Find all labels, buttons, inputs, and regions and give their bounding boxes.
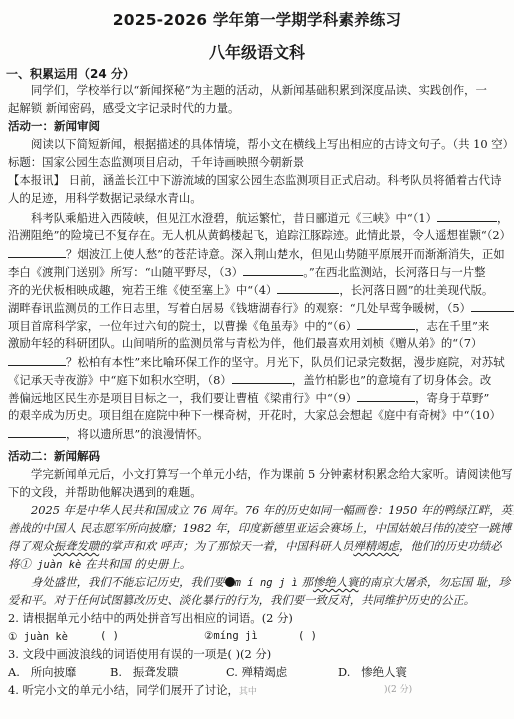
exam-title: 2025-2026 学年第一学期学科素养练习 xyxy=(0,8,514,30)
passage-text: 沿溯阻绝”的险境已不复存在。无人机从黄鹤楼起飞，追踪江豚踪迹。此情此景，令人遥想… xyxy=(8,228,511,242)
question-4-text: 4. 听完小文的单元小结，同学们展开了讨论， xyxy=(8,683,239,697)
passage-text: 善偏远地区民生亦是项目目标之一，我们要让曹植《梁甫行》中“（9） xyxy=(8,391,357,405)
summary-text: 的南京大屠杀，勿忘国 耻，珍 xyxy=(358,575,510,589)
question-4-faded-text: 其中 xyxy=(239,687,257,697)
question-3: 3. 文段中画波浪线的词语使用有误的一项是( )(2 分) xyxy=(8,647,508,661)
activity2-heading: 活动二：新闻解码 xyxy=(8,449,508,463)
passage-text: ，将以遗所思”的浪漫情怀。 xyxy=(66,427,209,441)
question-2: 2. 请根据单元小结中的两处拼音写出相应的词语。(2 分) xyxy=(8,611,508,625)
passage-text: ，寄身于草野” xyxy=(415,391,489,405)
passage-line: 齐的光伏板相映成趣，宛若王维《使至塞上》中“（4），长河落日圆”的壮美现代版。 xyxy=(8,282,508,297)
passage-text: ，长河落日圆”的壮美现代版。 xyxy=(339,283,493,297)
passage-text: ？烟波江上使人愁”的苍茫诗意。深入荆山楚水，但见山势随平原展开而渐渐消失，正如 xyxy=(66,247,505,261)
section-heading: 一、积累运用（24 分） xyxy=(6,67,506,81)
q2-a-answer-field[interactable]: ( ) xyxy=(100,629,119,643)
option-key: C. xyxy=(226,665,238,679)
passage-line: ？烟波江上使人愁”的苍茫诗意。深入荆山楚水，但见山势随平原展开而渐渐消失，正如 xyxy=(8,246,508,261)
circle-marker-2-icon xyxy=(225,577,235,587)
intro-line-2: 起解锁 新闻密码，感受文字记录时代的力量。 xyxy=(8,101,508,115)
q2-a-label: ① juàn kè xyxy=(8,631,68,643)
passage-text: ，盖竹柏影也”的意境有了切身体会。改 xyxy=(292,373,491,387)
activity1-instruction: 阅读以下简短新闻，根据描述的具体情境，帮小文在横线上写出相应的古诗文句子。（共 … xyxy=(31,137,514,151)
passage-line: 沿溯阻绝”的险境已不复存在。无人机从黄鹤楼起飞，追踪江豚踪迹。此情此景，令人遥想… xyxy=(8,228,508,242)
passage-line: 项目首席科学家，一位年过六旬的院士，以曹操《龟虽寿》中的“（6），志在千里”来 xyxy=(8,318,508,333)
blank-7[interactable] xyxy=(8,354,66,366)
activity2-intro-2: 下的文段，并帮助他解决遇到的难题。 xyxy=(8,485,508,499)
blank-2[interactable] xyxy=(8,246,66,258)
passage-line: 《记承天寺夜游》中“庭下如积水空明，（8），盖竹柏影也”的意境有了切身体会。改 xyxy=(8,372,508,387)
summary-line: 2025 年是中华人民共和国成立 76 周年。76 年的历史如同一幅画卷：195… xyxy=(31,503,514,517)
summary-text: 将① xyxy=(8,557,31,571)
news-title: 标题：国家公园生态监测项目启动，千年诗画映照今朝新景 xyxy=(8,155,508,169)
passage-text: ， xyxy=(497,211,508,225)
blank-8[interactable] xyxy=(232,372,292,384)
summary-line: 将① juàn kè 在共和国 的史册上。 xyxy=(8,557,508,572)
passage-text: 激励年轻的科研团队。山间哨所的监测员常与青松为伴，他们最喜欢用刘桢《赠从弟》的“… xyxy=(8,336,482,350)
intro-line-1: 同学们，学校举行以“新闻探秘”为主题的活动，从新闻基础积累到深度品读、实践创作，… xyxy=(31,83,514,97)
passage-text: 李白《渡荆门送别》所写：“山随平野尽，（3） xyxy=(8,265,243,279)
option-a[interactable]: A. 所向披靡 xyxy=(8,665,76,679)
news-lead-2: 人的足迹，用科学数据记录绿水青山。 xyxy=(8,191,508,205)
blank-10[interactable] xyxy=(8,426,66,438)
activity2-intro-1: 学完新闻单元后，小文打算写一个单元小结，作为课前 5 分钟素材积累念给大家听。请… xyxy=(31,467,514,481)
blank-6[interactable] xyxy=(357,318,415,330)
blank-5[interactable] xyxy=(471,300,514,312)
summary-line: 善战的中国人 民志愿军所向披靡；1982 年，印度新德里亚运会赛场上，中国姑娘吕… xyxy=(8,521,508,535)
exam-subtitle: 八年级语文科 xyxy=(0,40,514,63)
summary-text: 得了观众 xyxy=(8,539,54,553)
passage-line: 湖畔春讯监测员的工作日志里，写着白居易《钱塘湖春行》的观察：“几处早莺争暖树，（… xyxy=(8,300,508,315)
option-text: 殚精竭虑 xyxy=(242,665,288,679)
pinyin-juanke: juàn kè xyxy=(31,559,82,571)
passage-text: 项目首席科学家，一位年过六旬的院士，以曹操《龟虽寿》中的“（6） xyxy=(8,319,357,333)
summary-line: 爱和平。对于任何试图篡改历史、淡化暴行的行为，我们要一致反对，共同维护历史的公正… xyxy=(8,593,508,607)
question-4: 4. 听完小文的单元小结，同学们展开了讨论，其中 )(2 分) xyxy=(8,683,508,699)
news-lead-1: 【本报讯】 日前，涵盖长江中下游流域的国家公园生态监测项目正式启动。科考队员将循… xyxy=(8,173,508,187)
summary-text: 的掌声和欢 呼声；为了那惊天一着，中国科研人员 xyxy=(99,539,353,553)
option-key: B. xyxy=(110,665,122,679)
passage-line: 激励年轻的科研团队。山间哨所的监测员常与青松为伴，他们最喜欢用刘桢《赠从弟》的“… xyxy=(8,336,508,350)
option-key: A. xyxy=(8,665,20,679)
summary-text: 在共和国 的史册上。 xyxy=(85,557,191,571)
blank-4[interactable] xyxy=(277,282,339,294)
passage-text: 《记承天寺夜游》中“庭下如积水空明，（8） xyxy=(8,373,232,387)
option-d[interactable]: D. 惨绝人寰 xyxy=(338,665,407,679)
summary-text: 身处盛世，我们不能忘记历史，我们要 xyxy=(31,575,225,589)
option-text: 所向披靡 xyxy=(31,665,77,679)
passage-text: ？松柏有本性”来比喻环保工作的坚守。月光下，队员们记录完数据，漫步庭院，对苏轼 xyxy=(66,355,505,369)
passage-line: 善偏远地区民生亦是项目目标之一，我们要让曹植《梁甫行》中“（9），寄身于草野” xyxy=(8,390,508,405)
wavy-word-danjingjielv: 殚精竭虑 xyxy=(353,539,399,553)
passage-text: 齐的光伏板相映成趣，宛若王维《使至塞上》中“（4） xyxy=(8,283,277,297)
option-b[interactable]: B. 振聋发聩 xyxy=(110,665,178,679)
wavy-word-zhenlongfakui: 振聋发聩 xyxy=(54,539,100,553)
option-c[interactable]: C. 殚精竭虑 xyxy=(226,665,287,679)
exam-page: 2025-2026 学年第一学期学科素养练习 八年级语文科 一、积累运用（24 … xyxy=(0,0,514,719)
summary-text: 那 xyxy=(302,575,313,589)
passage-line: 李白《渡荆门送别》所写：“山随平野尽，（3）。”在西北监测站，长河落日与一片整 xyxy=(8,264,508,279)
q2-b-answer-field[interactable]: ( ) xyxy=(298,629,317,643)
pinyin-mingji: m í ng j ì xyxy=(235,577,298,589)
summary-line: 身处盛世，我们不能忘记历史，我们要m í ng j ì 那惨绝人寰的南京大屠杀，… xyxy=(31,575,514,590)
passage-line: ？松柏有本性”来比喻环保工作的坚守。月光下，队员们记录完数据，漫步庭院，对苏轼 xyxy=(8,354,508,369)
summary-line: 得了观众振聋发聩的掌声和欢 呼声；为了那惊天一着，中国科研人员殚精竭虑，他们的历… xyxy=(8,539,508,553)
option-text: 惨绝人寰 xyxy=(361,665,407,679)
blank-3[interactable] xyxy=(243,264,303,276)
passage-text: 的艰辛成为历史。项目组在庭院中种下一棵奇树，开花时，大家总会想起《庭中有奇树》中… xyxy=(8,408,501,422)
activity1-heading: 活动一：新闻审阅 xyxy=(8,119,508,133)
blank-1[interactable] xyxy=(437,210,497,222)
question-2-answers: ① juàn kè ( ) ②míng jì ( ) xyxy=(8,629,508,644)
option-text: 振聋发聩 xyxy=(133,665,179,679)
blank-9[interactable] xyxy=(357,390,415,402)
q2-b-label: ②míng jì xyxy=(204,629,258,643)
passage-line: 科考队乘船进入西陵峡，但见江水澄碧，航运繁忙，昔日郦道元《三峡》中“（1）， xyxy=(31,210,514,225)
passage-text: 科考队乘船进入西陵峡，但见江水澄碧，航运繁忙，昔日郦道元《三峡》中“（1） xyxy=(31,211,437,225)
passage-text: 湖畔春讯监测员的工作日志里，写着白居易《钱塘湖春行》的观察：“几处早莺争暖树，（… xyxy=(8,301,471,315)
summary-text: ，他们的历史功绩必 xyxy=(399,539,502,553)
passage-line: ，将以遗所思”的浪漫情怀。 xyxy=(8,426,508,441)
option-key: D. xyxy=(338,665,350,679)
passage-text: ，志在千里”来 xyxy=(415,319,489,333)
question-4-faded-score: )(2 分) xyxy=(384,683,412,697)
passage-line: 的艰辛成为历史。项目组在庭院中种下一棵奇树，开花时，大家总会想起《庭中有奇树》中… xyxy=(8,408,508,422)
passage-text: 。”在西北监测站，长河落日与一片整 xyxy=(303,265,485,279)
wavy-word-canjuerenhuan: 惨绝人寰 xyxy=(313,575,359,589)
